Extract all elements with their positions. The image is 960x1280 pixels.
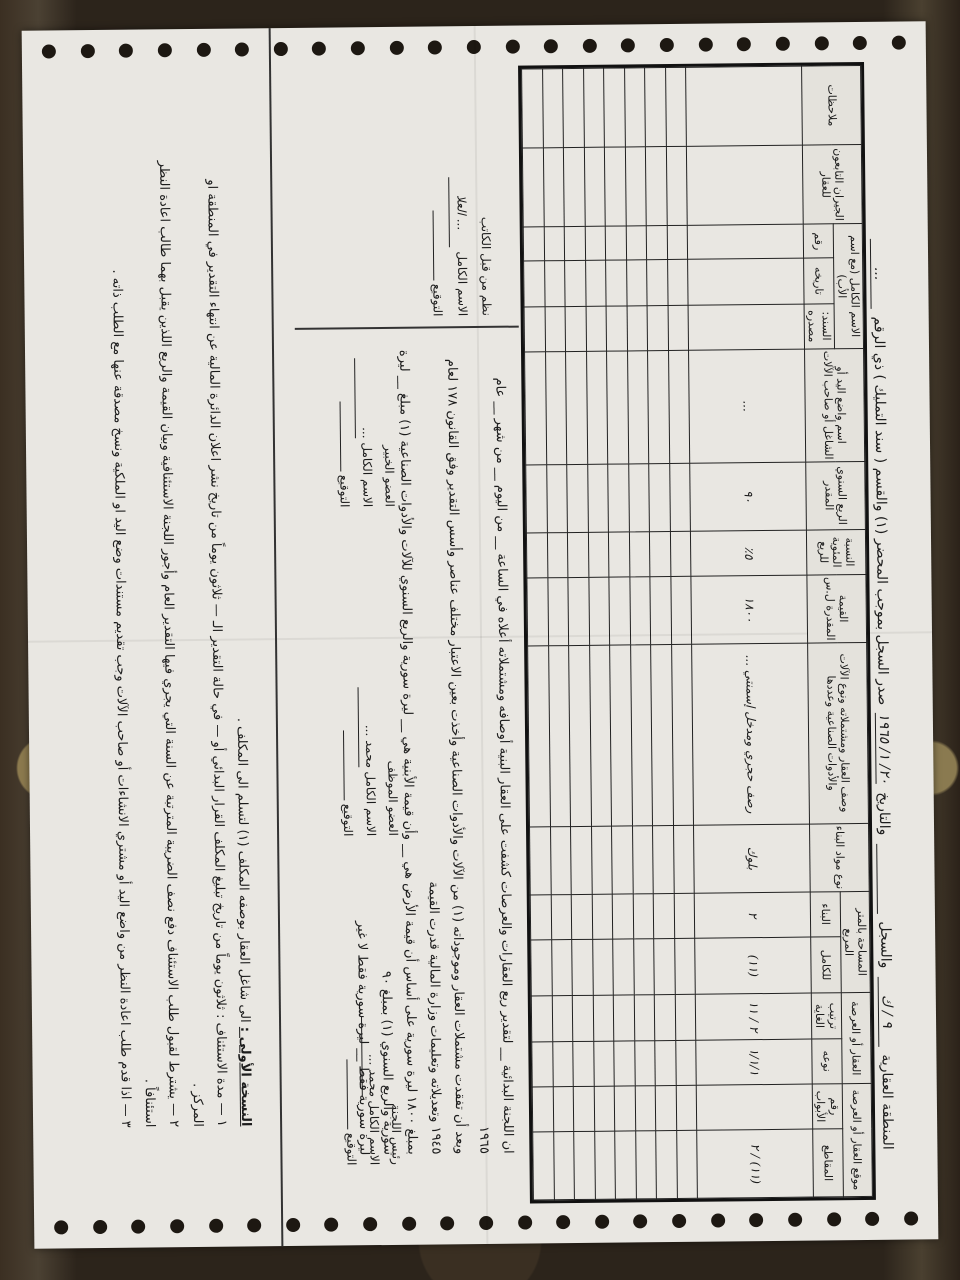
- col-ratio: النسبة المئوية للريع: [807, 529, 866, 575]
- signature-employee-member: العضو الموظف الاسم الكامل محمد ... التوق…: [292, 676, 404, 837]
- statement-line-1: ان اللجنة البدائية __ لتقدير ريع العقارا…: [463, 346, 519, 1154]
- cell-deed-number: [687, 224, 804, 259]
- col-type: نوعه: [812, 1038, 842, 1084]
- col-order: ترتيب الغاية: [812, 993, 842, 1039]
- cell-location: (١١) / ٢: [697, 1129, 814, 1198]
- cell-notes: [686, 66, 803, 146]
- record-value: [876, 843, 878, 913]
- col-occupant: اسم واضع اليد أو الشاغل أو صاحب الآلات: [805, 348, 865, 462]
- cell-annual-rent: ٩٠: [690, 462, 807, 531]
- signature-role: العضو الموظف: [380, 676, 404, 836]
- col-annual-rent: الريع السنوي المقدر: [806, 461, 865, 529]
- cell-area-building: ٢: [694, 892, 811, 938]
- region-value: ٩ / ك: [878, 976, 896, 1046]
- col-deed-number: رقم: [803, 224, 833, 258]
- cell-doors: [696, 1084, 813, 1130]
- copy-title-rest: الى شاغل العقار بوصفه المكلف (١) لتسلم ا…: [234, 718, 252, 1023]
- property-table: موقع العقار أو العرصة العقار أو العرصة ا…: [518, 62, 876, 1204]
- form-header: المنطقة العقارية ٩ / ك والسجل والتاريخ ٢…: [868, 81, 919, 1149]
- col-deed-date: تاريخه: [804, 258, 834, 304]
- cell-description: رصف حجري ومدخل إسمنتي ...: [692, 643, 810, 825]
- cell-deed-source: [688, 304, 805, 350]
- col-area: المساحة بالمتر المربع: [840, 891, 870, 993]
- instruction-item: ٢ — يشترط لقبول طلب الاستئناف دفع نصف ال…: [127, 149, 185, 1127]
- signature-role: العضو الخبير: [377, 347, 401, 507]
- signature-role: رئيس اللجنة: [384, 1005, 408, 1165]
- clerk-label: نظم من قبل الكاتب: [472, 96, 498, 316]
- rotated-form-content: المنطقة العقارية ٩ / ك والسجل والتاريخ ٢…: [22, 21, 939, 1248]
- cell-material: بلوك: [694, 824, 811, 893]
- col-sections: المقاطع: [813, 1129, 843, 1197]
- date-label: والتاريخ: [876, 792, 892, 835]
- cell-neighbors: [686, 145, 803, 225]
- signature-expert-member: العضو الخبير الاسم الكامل ... التوقيع: [289, 347, 401, 508]
- committee-signatures: رئيس اللجنة الاسم الكامل محمد ... التوقي…: [289, 347, 408, 1166]
- cell-occupant: ...: [689, 349, 806, 463]
- col-material: نوع مواد البناء: [810, 823, 869, 891]
- col-neighbors: الجيران التابعون للعقار: [803, 145, 863, 225]
- statement-line-2: وبعد أن تفقدت مشتملات العقار وموجوداته (…: [415, 346, 471, 1154]
- handwritten-signature: [340, 401, 356, 471]
- cell-deed-date: [688, 258, 805, 304]
- signer-name: ...: [354, 358, 378, 438]
- record-label: والسجل: [877, 921, 893, 968]
- col-title-deed: الاسم الكامل (مع اسم الأب): [833, 224, 864, 349]
- col-area-total: للكامل: [811, 937, 841, 994]
- col-area-building: البناء: [810, 891, 840, 937]
- clerk-block: نظم من قبل الكاتب الاسم الكامل ... العلا…: [423, 96, 498, 317]
- section-divider-horizontal: [269, 28, 284, 1246]
- signature-chairman: رئيس اللجنة الاسم الكامل محمد ... التوقي…: [296, 1005, 408, 1166]
- clerk-signature: [433, 210, 435, 280]
- region-label: المنطقة العقارية: [878, 1054, 895, 1150]
- col-description: وصف العقار ومشتملاته ونوع الآلات والأدوا…: [808, 642, 869, 824]
- clerk-name: ... العلا: [448, 177, 474, 247]
- col-notes: ملاحظات: [802, 65, 862, 145]
- section-divider-vertical: [295, 326, 519, 330]
- col-property: العقار أو العرصة: [841, 993, 871, 1084]
- number-value: ...: [870, 238, 888, 308]
- col-deed-source: السند: مصدره: [804, 303, 834, 349]
- cell-value: ١٨٠٠: [691, 575, 808, 644]
- signer-name: محمد ...: [361, 1016, 385, 1096]
- copy-title: النسخة الأولى :: [237, 1027, 253, 1127]
- col-value: القيمة المقدرة ل.س: [807, 574, 866, 642]
- cell-order: ٢ / ١١: [695, 993, 812, 1039]
- header-statement: صدر السجل بموجب المحضر (١) والقسم ( سند …: [871, 316, 891, 705]
- date-value: ٢٠/ ١/ ١٩٦٥: [875, 713, 893, 784]
- col-location: موقع العقار أو العرصة: [842, 1083, 873, 1196]
- cell-ratio: ٥٪: [690, 530, 807, 576]
- table-row: (١١) / ٢ ١/١/١ ٢ / ١١ (١١) ٢ بلوك رصف حج…: [686, 66, 814, 1198]
- instruction-item: ١ — مدة الاستئناف : ثلاثون يوماً من تاري…: [175, 149, 233, 1127]
- cell-area-total: (١١): [695, 937, 812, 995]
- cell-type: ١/١/١: [696, 1039, 813, 1085]
- handwritten-signature: [343, 730, 359, 800]
- col-doors: رقم الأبواب: [812, 1084, 842, 1130]
- handwritten-signature: [346, 1059, 362, 1129]
- signer-name: محمد ...: [358, 687, 382, 767]
- instructions-block: النسخة الأولى : الى شاغل العقار بوصفه ال…: [103, 148, 257, 1127]
- form-paper: المنطقة العقارية ٩ / ك والسجل والتاريخ ٢…: [22, 21, 939, 1248]
